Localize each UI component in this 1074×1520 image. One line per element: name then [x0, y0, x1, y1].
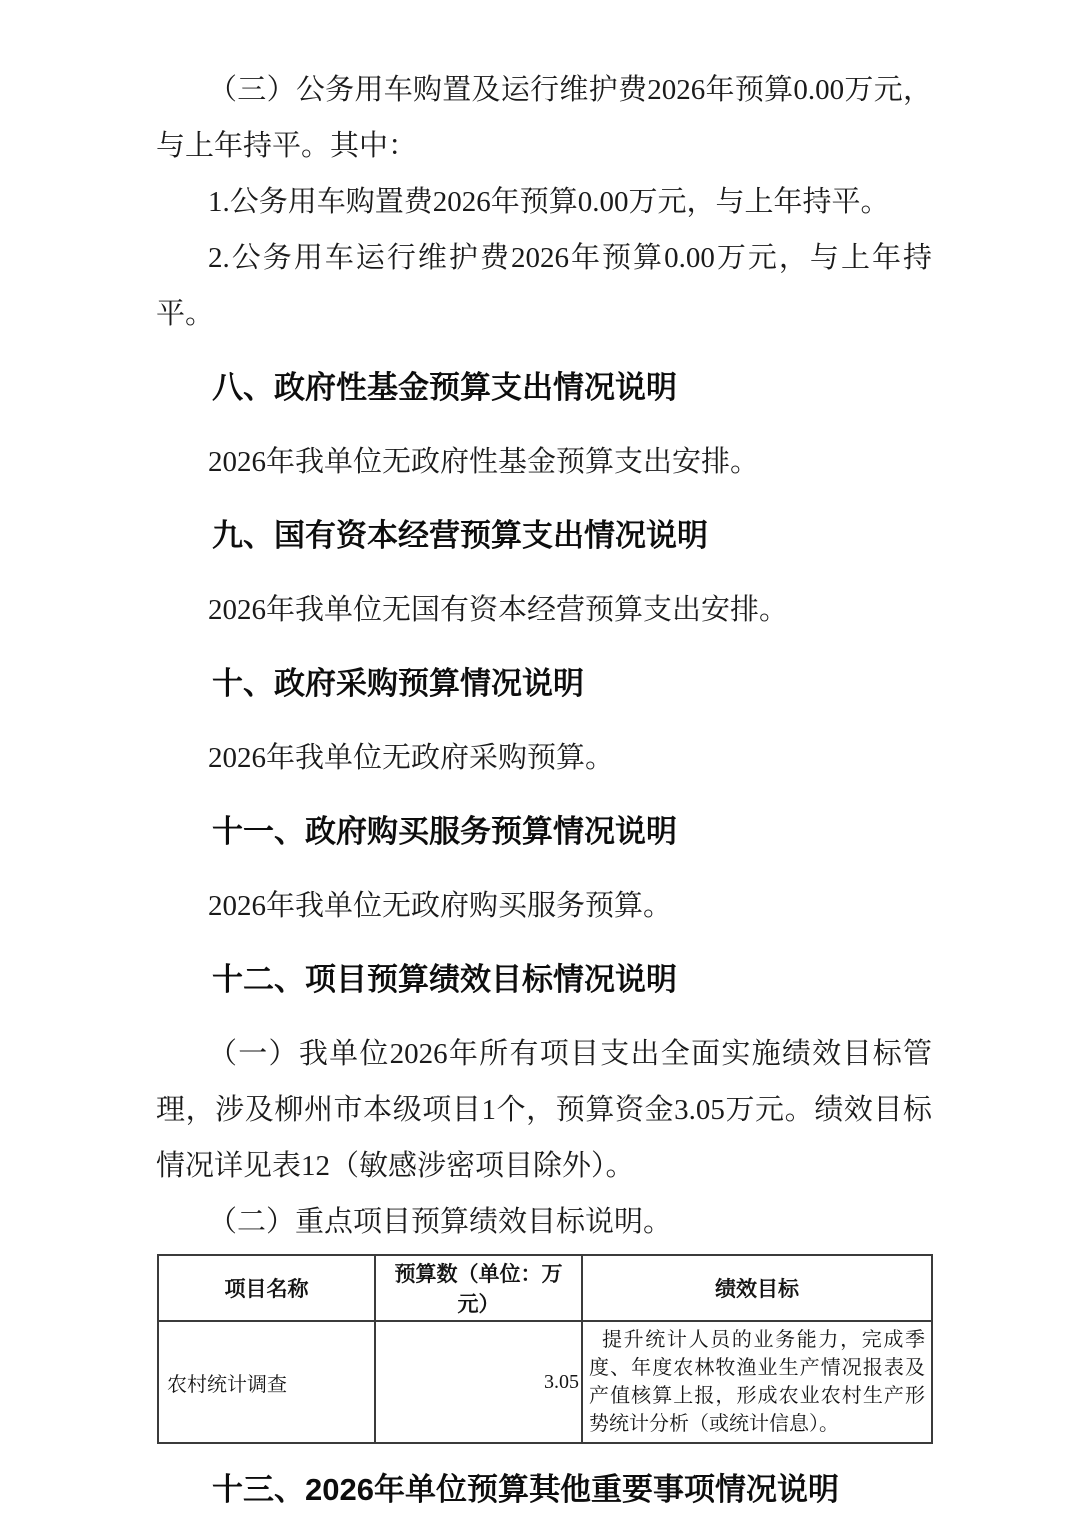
- performance-target-table: 项目名称 预算数（单位：万元） 绩效目标 农村统计调查 3.05 提升统计人员的…: [157, 1254, 933, 1444]
- section-heading-11: 十一、政府购买服务预算情况说明: [156, 804, 932, 860]
- section-heading-8: 八、政府性基金预算支出情况说明: [156, 360, 932, 416]
- table-header-performance-target: 绩效目标: [582, 1255, 932, 1321]
- paragraph-vehicle-item-2: 2.公务用车运行维护费2026年预算0.00万元，与上年持平。: [156, 230, 932, 342]
- budget-cell: 3.05: [375, 1321, 582, 1443]
- paragraph-vehicle-item-1: 1.公务用车购置费2026年预算0.00万元，与上年持平。: [156, 174, 932, 230]
- project-name-cell: 农村统计调查: [158, 1321, 375, 1443]
- section-heading-12: 十二、项目预算绩效目标情况说明: [156, 952, 932, 1008]
- section-10-paragraph: 2026年我单位无政府采购预算。: [156, 730, 932, 786]
- document-page: （三）公务用车购置及运行维护费2026年预算0.00万元，与上年持平。其中： 1…: [0, 0, 1074, 1520]
- table-header-row: 项目名称 预算数（单位：万元） 绩效目标: [158, 1255, 932, 1321]
- table-row: 农村统计调查 3.05 提升统计人员的业务能力，完成季度、年度农林牧渔业生产情况…: [158, 1321, 932, 1443]
- section-12-paragraph-1: （一）我单位2026年所有项目支出全面实施绩效目标管理，涉及柳州市本级项目1个，…: [156, 1026, 932, 1194]
- section-8-paragraph: 2026年我单位无政府性基金预算支出安排。: [156, 434, 932, 490]
- section-heading-10: 十、政府采购预算情况说明: [156, 656, 932, 712]
- section-9-paragraph: 2026年我单位无国有资本经营预算支出安排。: [156, 582, 932, 638]
- table-header-budget: 预算数（单位：万元）: [375, 1255, 582, 1321]
- section-12-paragraph-2: （二）重点项目预算绩效目标说明。: [156, 1194, 932, 1250]
- paragraph-vehicle-intro: （三）公务用车购置及运行维护费2026年预算0.00万元，与上年持平。其中：: [156, 62, 932, 174]
- page-number: - 7 -: [0, 1470, 1074, 1496]
- performance-target-cell: 提升统计人员的业务能力，完成季度、年度农林牧渔业生产情况报表及产值核算上报，形成…: [582, 1321, 932, 1443]
- section-heading-9: 九、国有资本经营预算支出情况说明: [156, 508, 932, 564]
- table-header-project-name: 项目名称: [158, 1255, 375, 1321]
- document-content: （三）公务用车购置及运行维护费2026年预算0.00万元，与上年持平。其中： 1…: [0, 0, 932, 1518]
- section-11-paragraph: 2026年我单位无政府购买服务预算。: [156, 878, 932, 934]
